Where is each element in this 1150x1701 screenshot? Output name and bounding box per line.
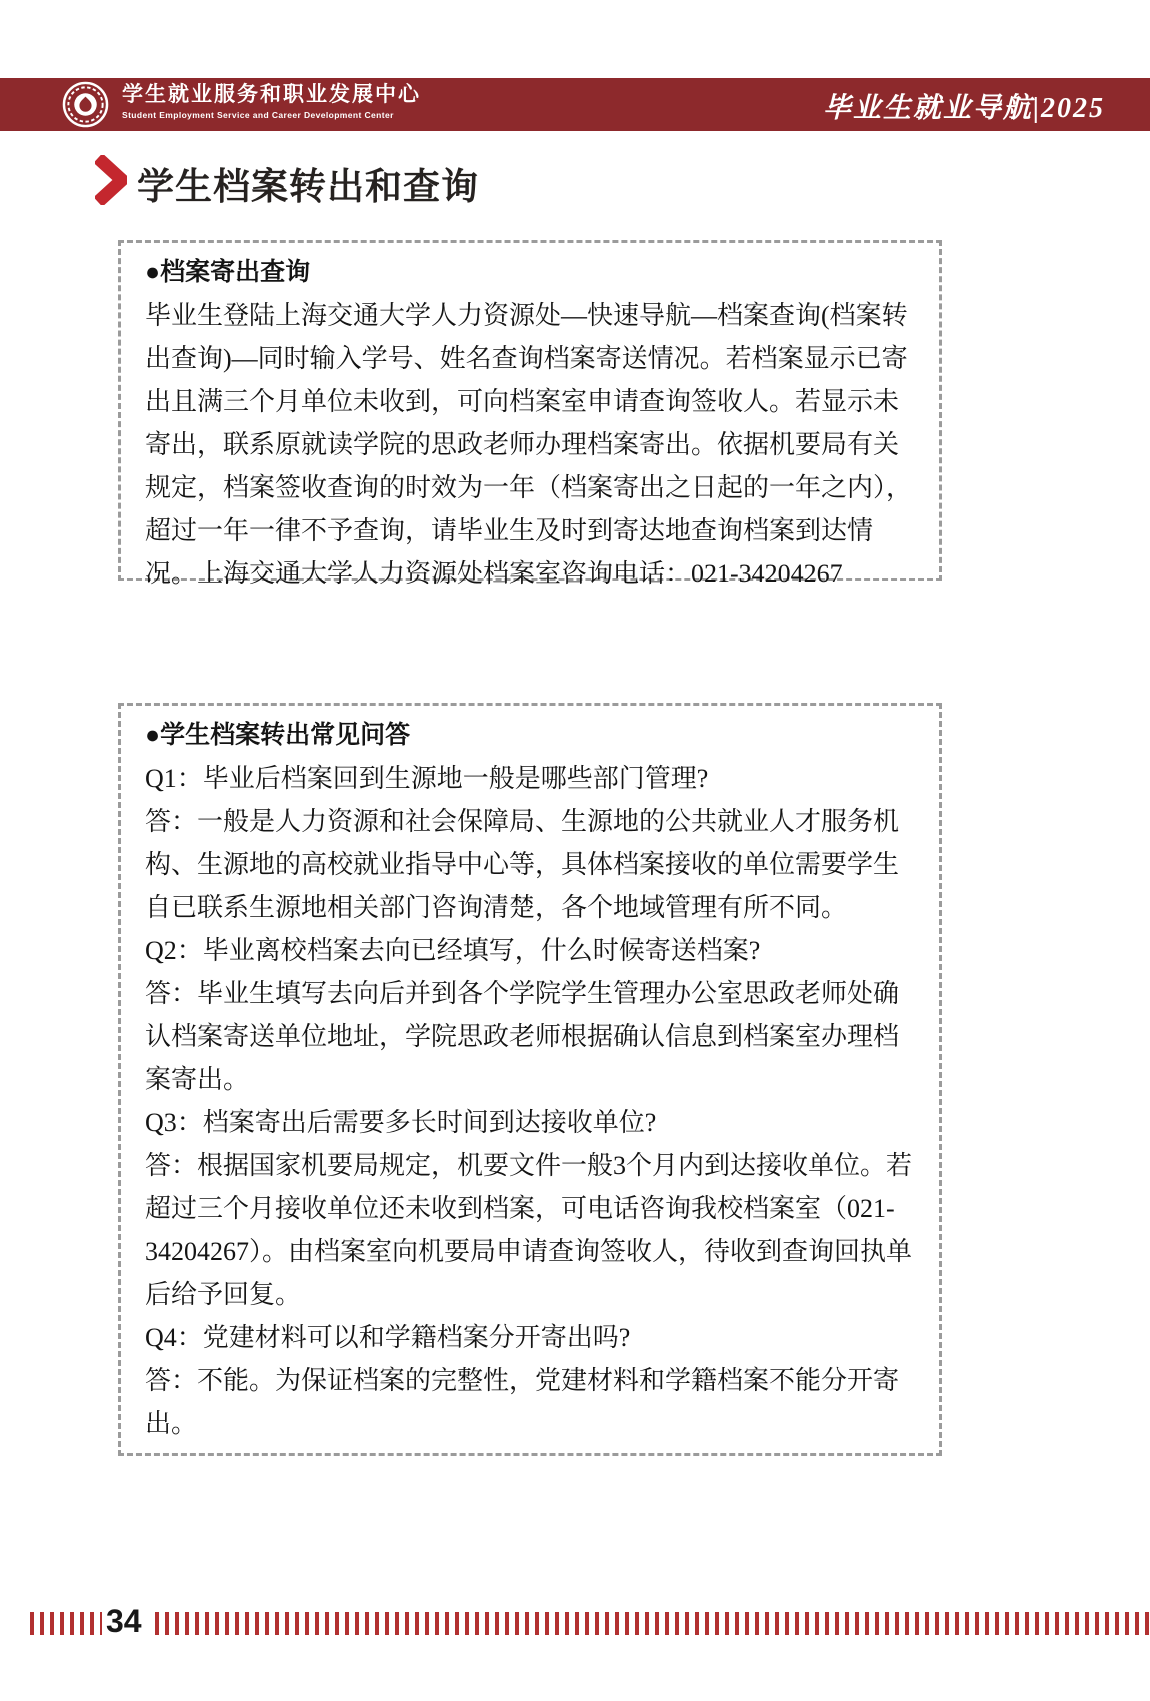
archive-query-box: ●档案寄出查询 毕业生登陆上海交通大学人力资源处—快速导航—档案查询(档案转出查… (118, 240, 942, 581)
faq-box-heading: ●学生档案转出常见问答 (145, 714, 915, 757)
university-seal-icon (62, 81, 109, 133)
footer-ticks-left (30, 1612, 102, 1635)
faq-question: Q2：毕业离校档案去向已经填写，什么时候寄送档案? (145, 929, 915, 972)
edition-title: 毕业生就业导航|2025 (823, 86, 1105, 126)
faq-question: Q3：档案寄出后需要多长时间到达接收单位? (145, 1101, 915, 1144)
footer-ticks-right (155, 1612, 1150, 1635)
faq-answer: 答：根据国家机要局规定，机要文件一般3个月内到达接收单位。若超过三个月接收单位还… (145, 1144, 915, 1316)
page-number: 34 (106, 1603, 142, 1640)
org-title-block: 学生就业服务和职业发展中心 Student Employment Service… (122, 83, 421, 120)
faq-box: ●学生档案转出常见问答 Q1：毕业后档案回到生源地一般是哪些部门管理? 答：一般… (118, 703, 942, 1456)
faq-question: Q1：毕业后档案回到生源地一般是哪些部门管理? (145, 757, 915, 800)
archive-box-body: 毕业生登陆上海交通大学人力资源处—快速导航—档案查询(档案转出查询)—同时输入学… (145, 294, 915, 595)
faq-answer: 答：一般是人力资源和社会保障局、生源地的公共就业人才服务机构、生源地的高校就业指… (145, 800, 915, 929)
faq-question: Q4：党建材料可以和学籍档案分开寄出吗? (145, 1316, 915, 1359)
faq-answer: 答：毕业生填写去向后并到各个学院学生管理办公室思政老师处确认档案寄送单位地址，学… (145, 972, 915, 1101)
faq-answer: 答：不能。为保证档案的完整性，党建材料和学籍档案不能分开寄出。 (145, 1359, 915, 1445)
page-title-row: 学生档案转出和查询 (95, 155, 479, 210)
org-name-en: Student Employment Service and Career De… (122, 110, 421, 120)
chevron-right-icon (95, 155, 127, 210)
page-title: 学生档案转出和查询 (137, 156, 479, 210)
org-name-cn: 学生就业服务和职业发展中心 (122, 83, 421, 107)
header-band: 学生就业服务和职业发展中心 Student Employment Service… (0, 78, 1150, 131)
archive-box-heading: ●档案寄出查询 (145, 251, 915, 294)
